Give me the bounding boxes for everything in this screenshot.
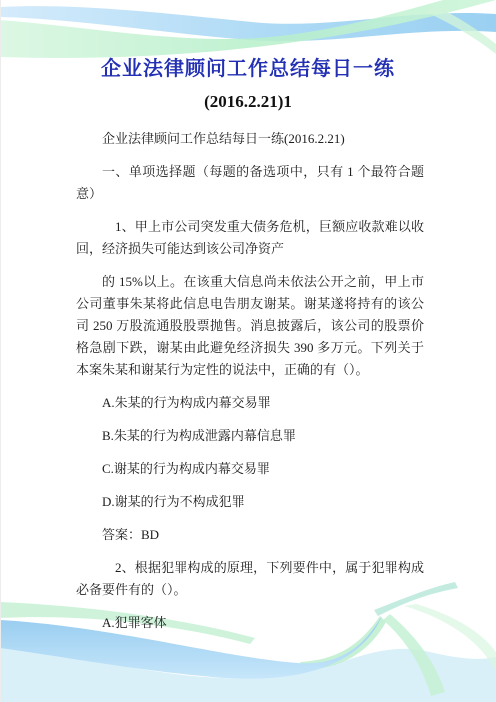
bottom-cyan-wash xyxy=(0,638,496,702)
option-line: A.朱某的行为构成内幕交易罪 xyxy=(76,392,424,414)
question-line: 1、甲上市公司突发重大债务危机，巨额应收款难以收回，经济损失可能达到该公司净资产 xyxy=(76,216,424,260)
answer-line: 答案：BD xyxy=(76,524,424,546)
text-line: 企业法律顾问工作总结每日一练(2016.2.21) xyxy=(76,128,424,150)
text-line: 一、单项选择题（每题的备选项中，只有 1 个最符合题意） xyxy=(76,161,424,205)
page-title: 企业法律顾问工作总结每日一练 xyxy=(0,56,496,82)
option-line: B.朱某的行为构成泄露内幕信息罪 xyxy=(76,425,424,447)
question-line: 2、根据犯罪构成的原理，下列要件中，属于犯罪构成必备要件有的（）。 xyxy=(76,557,424,601)
document-body: 企业法律顾问工作总结每日一练(2016.2.21)一、单项选择题（每题的备选项中… xyxy=(0,128,496,634)
page-subtitle: (2016.2.21)1 xyxy=(0,91,496,113)
document-page: 企业法律顾问工作总结每日一练 (2016.2.21)1 企业法律顾问工作总结每日… xyxy=(0,0,496,702)
option-line: C.谢某的行为构成内幕交易罪 xyxy=(76,458,424,480)
option-line: A.犯罪客体 xyxy=(76,612,424,634)
document-header: 企业法律顾问工作总结每日一练 (2016.2.21)1 xyxy=(0,0,496,113)
document-content: 企业法律顾问工作总结每日一练 (2016.2.21)1 企业法律顾问工作总结每日… xyxy=(0,0,496,634)
page-left-edge-line xyxy=(0,0,1,702)
option-line: D.谢某的行为不构成犯罪 xyxy=(76,491,424,513)
text-line: 的 15%以上。在该重大信息尚未依法公开之前，甲上市公司董事朱某将此信息电告朋友… xyxy=(76,271,424,381)
